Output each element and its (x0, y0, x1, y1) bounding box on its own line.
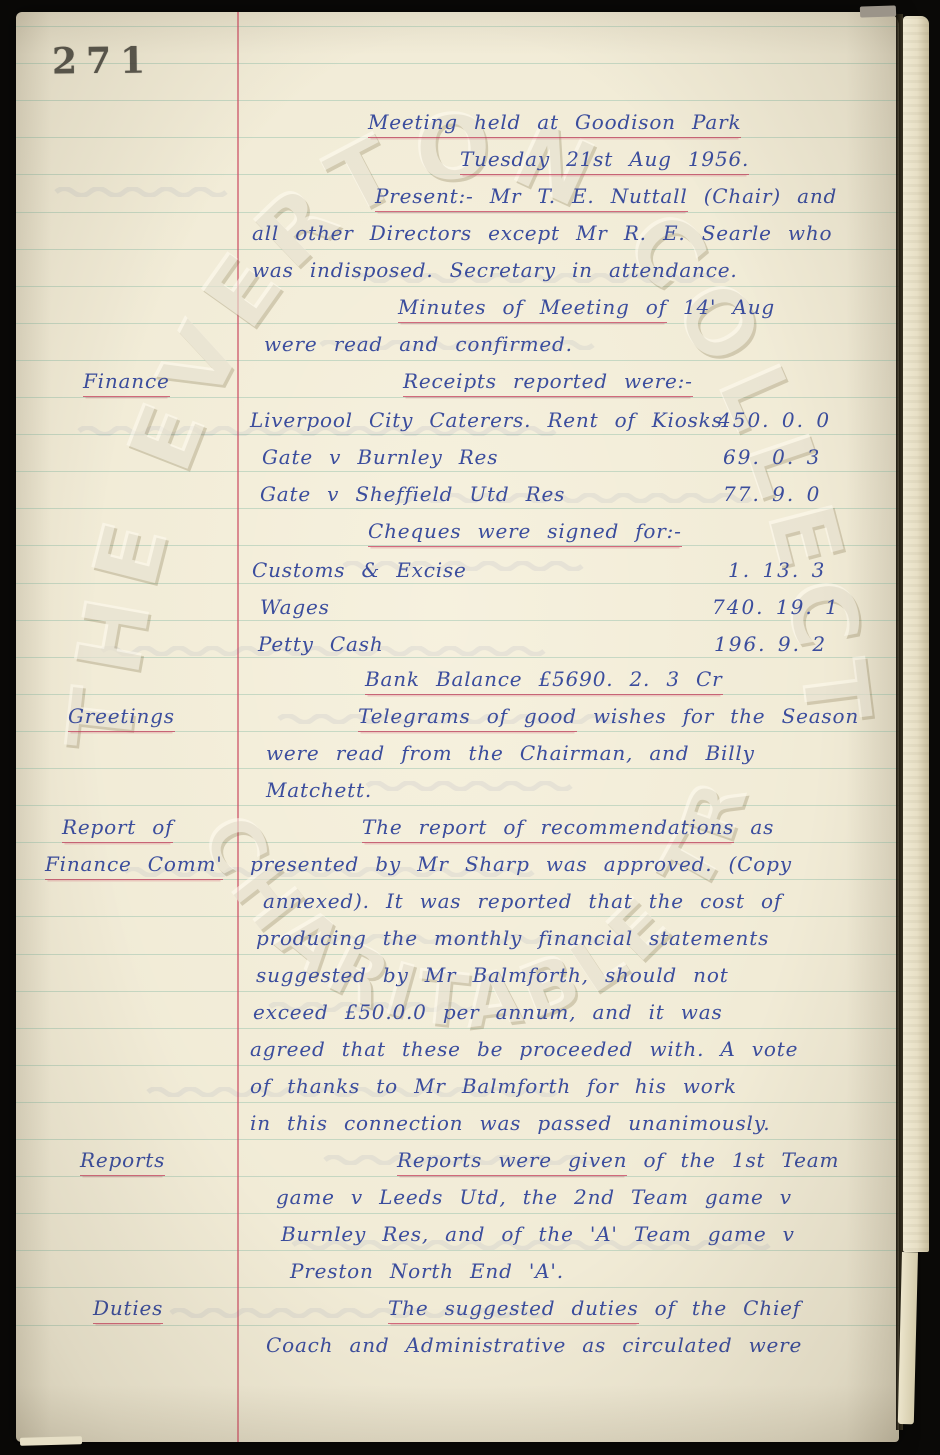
phrase: Liverpool City Caterers. Rent of Kiosks (250, 408, 723, 432)
phrase: Wages (260, 595, 330, 619)
manuscript-line: Finance Comm'presented by Mr Sharp was a… (16, 850, 899, 886)
manuscript-line: annexed). It was reported that the cost … (16, 887, 899, 923)
margin-heading: Duties (93, 1296, 163, 1324)
manuscript-line: Gate v Burnley Res69. 0. 3 (16, 443, 899, 479)
phrase: wishes for the Season (577, 704, 859, 728)
photo-background: THE EVERTON COLLECTION CHARITABLE TRUST … (0, 0, 940, 1455)
phrase: was indisposed. Secretary in attendance. (252, 258, 738, 282)
manuscript-text: agreed that these be proceeded with. A v… (250, 1037, 798, 1061)
manuscript-text: annexed). It was reported that the cost … (263, 889, 782, 913)
manuscript-text: Preston North End 'A'. (290, 1259, 564, 1283)
manuscript-line: Meeting held at Goodison Park (16, 108, 899, 144)
manuscript-line: were read from the Chairman, and Billy (16, 739, 899, 775)
amount-value: 69. 0. 3 (723, 445, 821, 469)
manuscript-text: Wages (260, 595, 330, 619)
manuscript-line: Minutes of Meeting of 14' Aug (16, 293, 899, 329)
manuscript-line: Report ofThe report of recommendations a… (16, 813, 899, 849)
manuscript-text: exceed £50.0.0 per annum, and it was (253, 1000, 723, 1024)
manuscript-text: The report of recommendations as (362, 815, 774, 839)
manuscript-line: producing the monthly financial statemen… (16, 924, 899, 960)
margin-heading: Report of (62, 815, 173, 843)
phrase: presented by Mr Sharp was approved. (Cop… (250, 852, 792, 876)
manuscript-line: Bank Balance £5690. 2. 3 Cr (16, 665, 899, 701)
manuscript-line: ReportsReports were given of the 1st Tea… (16, 1146, 899, 1182)
manuscript-line: Wages740. 19. 1 (16, 593, 899, 629)
manuscript-text: Burnley Res, and of the 'A' Team game v (281, 1222, 795, 1246)
manuscript-text: Meeting held at Goodison Park (368, 110, 741, 134)
underlined-phrase: The report of recommendations (362, 815, 734, 843)
page-number-stamp: 271 (52, 39, 155, 82)
manuscript-text: game v Leeds Utd, the 2nd Team game v (276, 1185, 792, 1209)
ledger-page: THE EVERTON COLLECTION CHARITABLE TRUST … (16, 12, 899, 1442)
phrase: suggested by Mr Balmforth, should not (256, 963, 729, 987)
manuscript-line: GreetingsTelegrams of good wishes for th… (16, 702, 899, 738)
manuscript-text: in this connection was passed unanimousl… (250, 1111, 770, 1135)
phrase: all other Directors except Mr R. E. Sear… (252, 221, 832, 245)
manuscript-line: game v Leeds Utd, the 2nd Team game v (16, 1183, 899, 1219)
phrase: Preston North End 'A'. (290, 1259, 564, 1283)
manuscript-text: producing the monthly financial statemen… (256, 926, 769, 950)
manuscript-text: Liverpool City Caterers. Rent of Kiosks (250, 408, 723, 432)
manuscript-text: were read and confirmed. (264, 332, 573, 356)
manuscript-text: Present:- Mr T. E. Nuttall (Chair) and (375, 184, 837, 208)
underlined-phrase: Telegrams of good (358, 704, 577, 732)
underlined-phrase: Reports were given (397, 1148, 627, 1176)
manuscript-text: Tuesday 21st Aug 1956. (460, 147, 749, 171)
phrase: exceed £50.0.0 per annum, and it was (253, 1000, 723, 1024)
manuscript-line: Cheques were signed for:- (16, 517, 899, 553)
phrase: Gate v Sheffield Utd Res (260, 482, 565, 506)
underlying-page-edge (20, 1436, 82, 1446)
amount-value: 740. 19. 1 (712, 595, 840, 619)
manuscript-text: presented by Mr Sharp was approved. (Cop… (250, 852, 792, 876)
phrase: Petty Cash (258, 632, 384, 656)
manuscript-text: suggested by Mr Balmforth, should not (256, 963, 729, 987)
manuscript-line: Gate v Sheffield Utd Res77. 9. 0 (16, 480, 899, 516)
manuscript-line: was indisposed. Secretary in attendance. (16, 256, 899, 292)
manuscript-line: Customs & Excise1. 13. 3 (16, 556, 899, 592)
phrase: Burnley Res, and of the 'A' Team game v (281, 1222, 795, 1246)
manuscript-text: Matchett. (266, 778, 372, 802)
margin-heading: Finance (83, 369, 170, 397)
margin-heading: Reports (80, 1148, 165, 1176)
manuscript-line: Tuesday 21st Aug 1956. (16, 145, 899, 181)
phrase: were read and confirmed. (264, 332, 573, 356)
margin-heading: Finance Comm' (45, 852, 223, 880)
phrase: Customs & Excise (252, 558, 467, 582)
manuscript-text: Reports were given of the 1st Team (397, 1148, 839, 1172)
manuscript-line: Petty Cash196. 9. 2 (16, 630, 899, 666)
phrase: of the 1st Team (627, 1148, 839, 1172)
book-fore-edge-lower (898, 1252, 918, 1424)
manuscript-line: Coach and Administrative as circulated w… (16, 1331, 899, 1367)
manuscript-text: were read from the Chairman, and Billy (266, 741, 755, 765)
underlined-phrase: Receipts reported were:- (403, 369, 693, 397)
manuscript-text: Gate v Burnley Res (262, 445, 498, 469)
phrase: of thanks to Mr Balmforth for his work (250, 1074, 737, 1098)
phrase: 14' Aug (667, 295, 775, 319)
phrase: were read from the Chairman, and Billy (266, 741, 755, 765)
rule-line (16, 26, 899, 27)
underlined-phrase: Tuesday 21st Aug 1956. (460, 147, 749, 175)
manuscript-line: were read and confirmed. (16, 330, 899, 366)
phrase: game v Leeds Utd, the 2nd Team game v (276, 1185, 792, 1209)
phrase: producing the monthly financial statemen… (256, 926, 769, 950)
manuscript-text: Customs & Excise (252, 558, 467, 582)
underlined-phrase: Meeting held at Goodison Park (368, 110, 741, 138)
manuscript-line: Present:- Mr T. E. Nuttall (Chair) and (16, 182, 899, 218)
manuscript-text: Cheques were signed for:- (368, 519, 682, 543)
underlined-phrase: Present:- Mr T. E. Nuttall (375, 184, 688, 212)
manuscript-line: Burnley Res, and of the 'A' Team game v (16, 1220, 899, 1256)
manuscript-line: agreed that these be proceeded with. A v… (16, 1035, 899, 1071)
manuscript-line: in this connection was passed unanimousl… (16, 1109, 899, 1145)
manuscript-text: Receipts reported were:- (403, 369, 693, 393)
manuscript-line: Preston North End 'A'. (16, 1257, 899, 1293)
amount-value: 196. 9. 2 (714, 632, 827, 656)
underlined-phrase: Bank Balance £5690. 2. 3 Cr (365, 667, 723, 695)
phrase: (Chair) and (688, 184, 838, 208)
manuscript-text: Petty Cash (258, 632, 384, 656)
phrase: as (734, 815, 774, 839)
manuscript-line: Matchett. (16, 776, 899, 812)
page-gutter-crease (896, 14, 903, 1430)
manuscript-text: of thanks to Mr Balmforth for his work (250, 1074, 737, 1098)
amount-value: 77. 9. 0 (723, 482, 821, 506)
manuscript-text: Coach and Administrative as circulated w… (266, 1333, 802, 1357)
page-corner-tab (860, 5, 896, 17)
manuscript-line: DutiesThe suggested duties of the Chief (16, 1294, 899, 1330)
phrase: Coach and Administrative as circulated w… (266, 1333, 802, 1357)
book-fore-edge-upper (903, 16, 929, 1252)
manuscript-line: all other Directors except Mr R. E. Sear… (16, 219, 899, 255)
manuscript-text: Minutes of Meeting of 14' Aug (398, 295, 775, 319)
underlined-phrase: Cheques were signed for:- (368, 519, 682, 547)
underlined-phrase: The suggested duties (388, 1296, 639, 1324)
manuscript-text: The suggested duties of the Chief (388, 1296, 801, 1320)
manuscript-line: exceed £50.0.0 per annum, and it was (16, 998, 899, 1034)
manuscript-text: Bank Balance £5690. 2. 3 Cr (365, 667, 723, 691)
phrase: of the Chief (639, 1296, 802, 1320)
phrase: agreed that these be proceeded with. A v… (250, 1037, 798, 1061)
amount-value: 450. 0. 0 (718, 408, 831, 432)
manuscript-line: suggested by Mr Balmforth, should not (16, 961, 899, 997)
phrase: Gate v Burnley Res (262, 445, 498, 469)
underlined-phrase: Minutes of Meeting of (398, 295, 667, 323)
manuscript-text: Telegrams of good wishes for the Season (358, 704, 859, 728)
manuscript-line: of thanks to Mr Balmforth for his work (16, 1072, 899, 1108)
phrase: in this connection was passed unanimousl… (250, 1111, 770, 1135)
manuscript-line: FinanceReceipts reported were:- (16, 367, 899, 403)
phrase: Matchett. (266, 778, 372, 802)
manuscript-text: Gate v Sheffield Utd Res (260, 482, 565, 506)
amount-value: 1. 13. 3 (728, 558, 826, 582)
phrase: annexed). It was reported that the cost … (263, 889, 782, 913)
manuscript-line: Liverpool City Caterers. Rent of Kiosks4… (16, 406, 899, 442)
margin-heading: Greetings (68, 704, 175, 732)
manuscript-text: all other Directors except Mr R. E. Sear… (252, 221, 832, 245)
rule-line (16, 100, 899, 101)
manuscript-text: was indisposed. Secretary in attendance. (252, 258, 738, 282)
